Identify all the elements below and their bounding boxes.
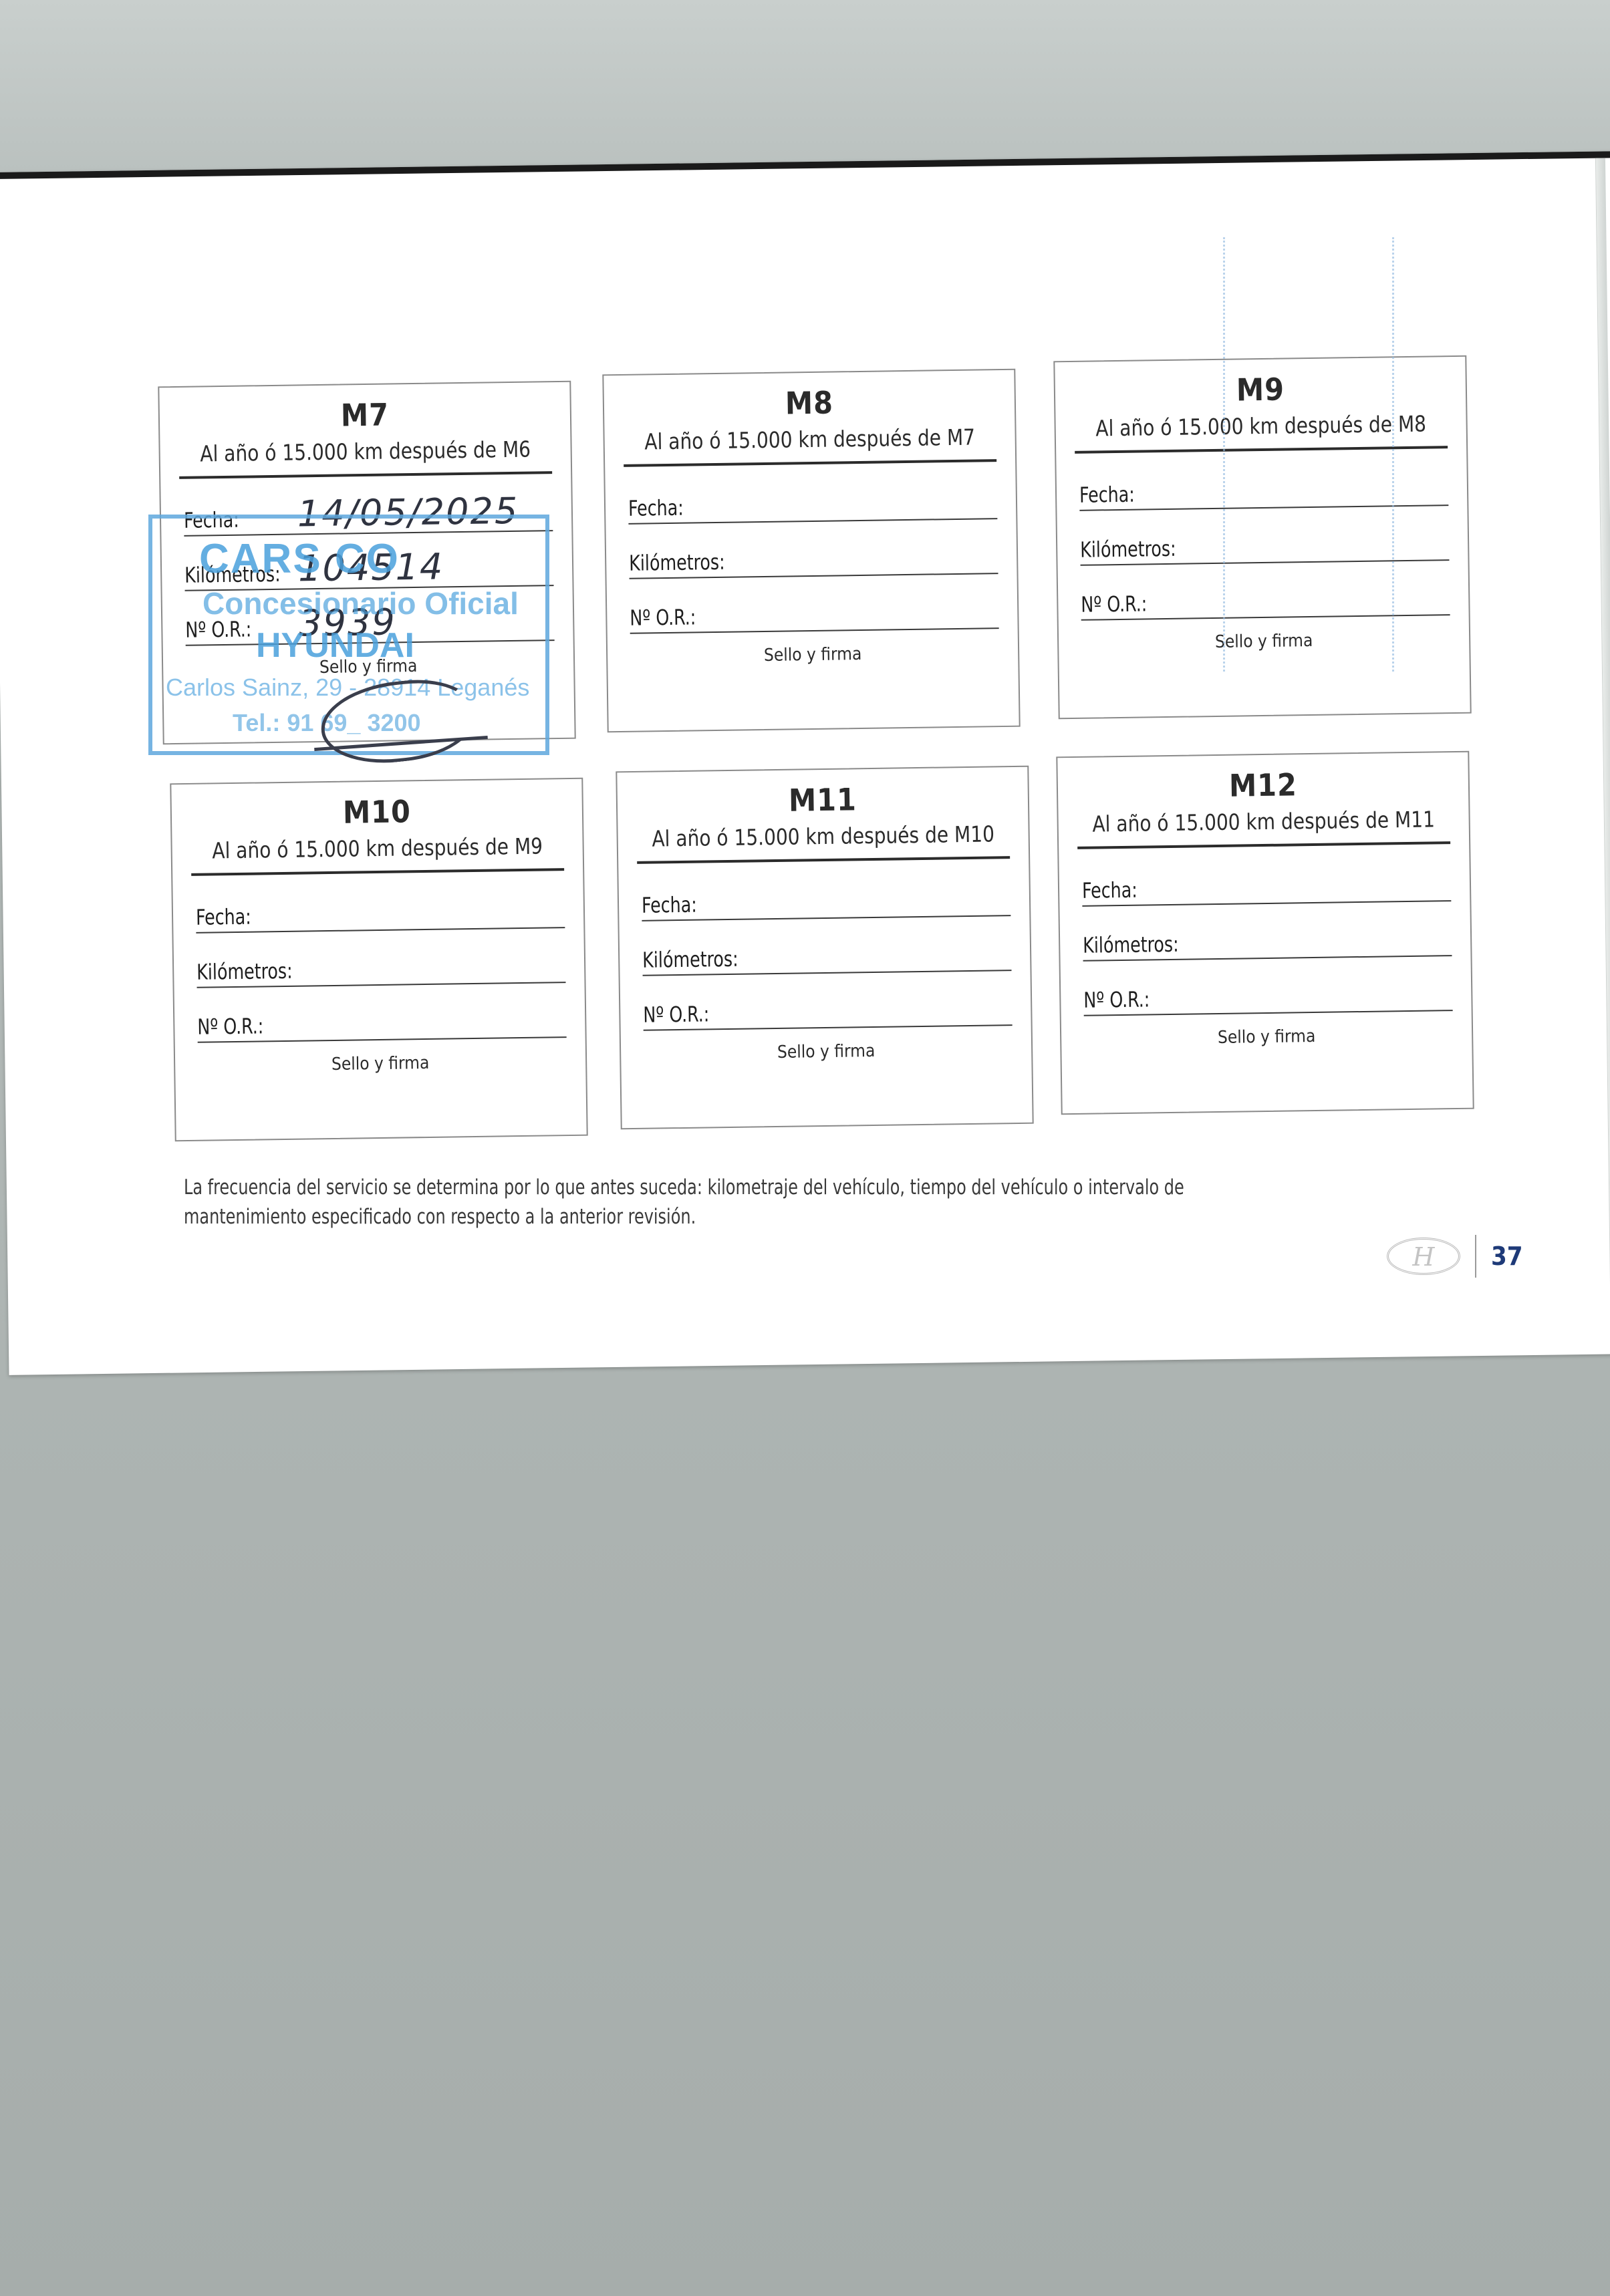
card-subtitle: Al año ó 15.000 km después de M10 [648,821,997,851]
card-title: M9 [1055,372,1466,408]
or-number-field[interactable]: Nº O.R.: [630,598,999,634]
fecha-field[interactable]: Fecha: [196,897,565,934]
fecha-field[interactable]: Fecha: [642,885,1011,921]
maintenance-card-m12: M12 Al año ó 15.000 km después de M11 Fe… [1056,751,1474,1115]
card-subtitle: Al año ó 15.000 km después de M11 [1089,806,1438,837]
or-number-field[interactable]: Nº O.R.: [1083,980,1453,1016]
title-rule [1077,841,1450,849]
kilometros-field[interactable]: Kilómetros: [629,543,998,579]
card-title: M7 [160,397,571,434]
title-rule [637,856,1010,864]
title-rule [624,459,996,467]
maintenance-card-m11: M11 Al año ó 15.000 km después de M10 Fe… [616,766,1033,1130]
fecha-field[interactable]: Fecha:14/05/2025 [184,500,553,537]
card-subtitle: Al año ó 15.000 km después de M8 [1086,410,1435,441]
page-number: 37 [1491,1242,1523,1271]
handwritten-value: 14/05/2025 [297,493,519,533]
card-subtitle: Al año ó 15.000 km después de M7 [635,424,984,454]
or-number-field[interactable]: Nº O.R.: [1081,585,1450,621]
card-title: M11 [618,782,1029,819]
title-rule [179,471,552,479]
kilometros-field[interactable]: Kilómetros: [196,952,566,988]
service-frequency-note: La frecuencia del servicio se determina … [184,1173,1218,1232]
kilometros-field[interactable]: Kilómetros: [1083,925,1452,962]
sello-y-firma-label: Sello y firma [163,654,573,680]
fecha-field[interactable]: Fecha: [628,488,998,525]
handwritten-value: 3939 [299,604,396,641]
page-footer: 37 [1387,1233,1523,1280]
or-number-field[interactable]: Nº O.R.: [643,995,1013,1031]
sello-y-firma-label: Sello y firma [1061,1024,1472,1050]
page-edge [1595,158,1610,1354]
kilometros-field[interactable]: Kilómetros: [642,940,1012,976]
card-title: M10 [172,794,583,831]
card-title: M12 [1058,767,1469,804]
fecha-field[interactable]: Fecha: [1079,475,1449,511]
sello-y-firma-label: Sello y firma [1059,629,1469,655]
kilometros-field[interactable]: Kilómetros: [1080,530,1450,566]
card-subtitle: Al año ó 15.000 km después de M9 [203,833,551,863]
handwritten-value: 104514 [298,549,444,587]
footer-divider [1475,1235,1476,1278]
hyundai-logo-icon [1387,1238,1460,1275]
or-number-field[interactable]: Nº O.R.:3939 [185,610,555,646]
maintenance-card-m10: M10 Al año ó 15.000 km después de M9 Fec… [170,778,587,1142]
fecha-field[interactable]: Fecha: [1082,871,1452,907]
title-rule [1075,446,1448,454]
card-subtitle: Al año ó 15.000 km después de M6 [190,436,539,466]
maintenance-card-m8: M8 Al año ó 15.000 km después de M7 Fech… [602,369,1020,733]
or-number-field[interactable]: Nº O.R.: [197,1007,567,1043]
card-title: M8 [604,385,1015,422]
title-rule [191,868,564,876]
sello-y-firma-label: Sello y firma [621,1039,1031,1065]
maintenance-card-m9: M9 Al año ó 15.000 km después de M8 Fech… [1053,355,1471,720]
sello-y-firma-label: Sello y firma [608,642,1018,668]
kilometros-field[interactable]: Kilómetros:104514 [184,555,554,591]
sello-y-firma-label: Sello y firma [175,1051,585,1077]
